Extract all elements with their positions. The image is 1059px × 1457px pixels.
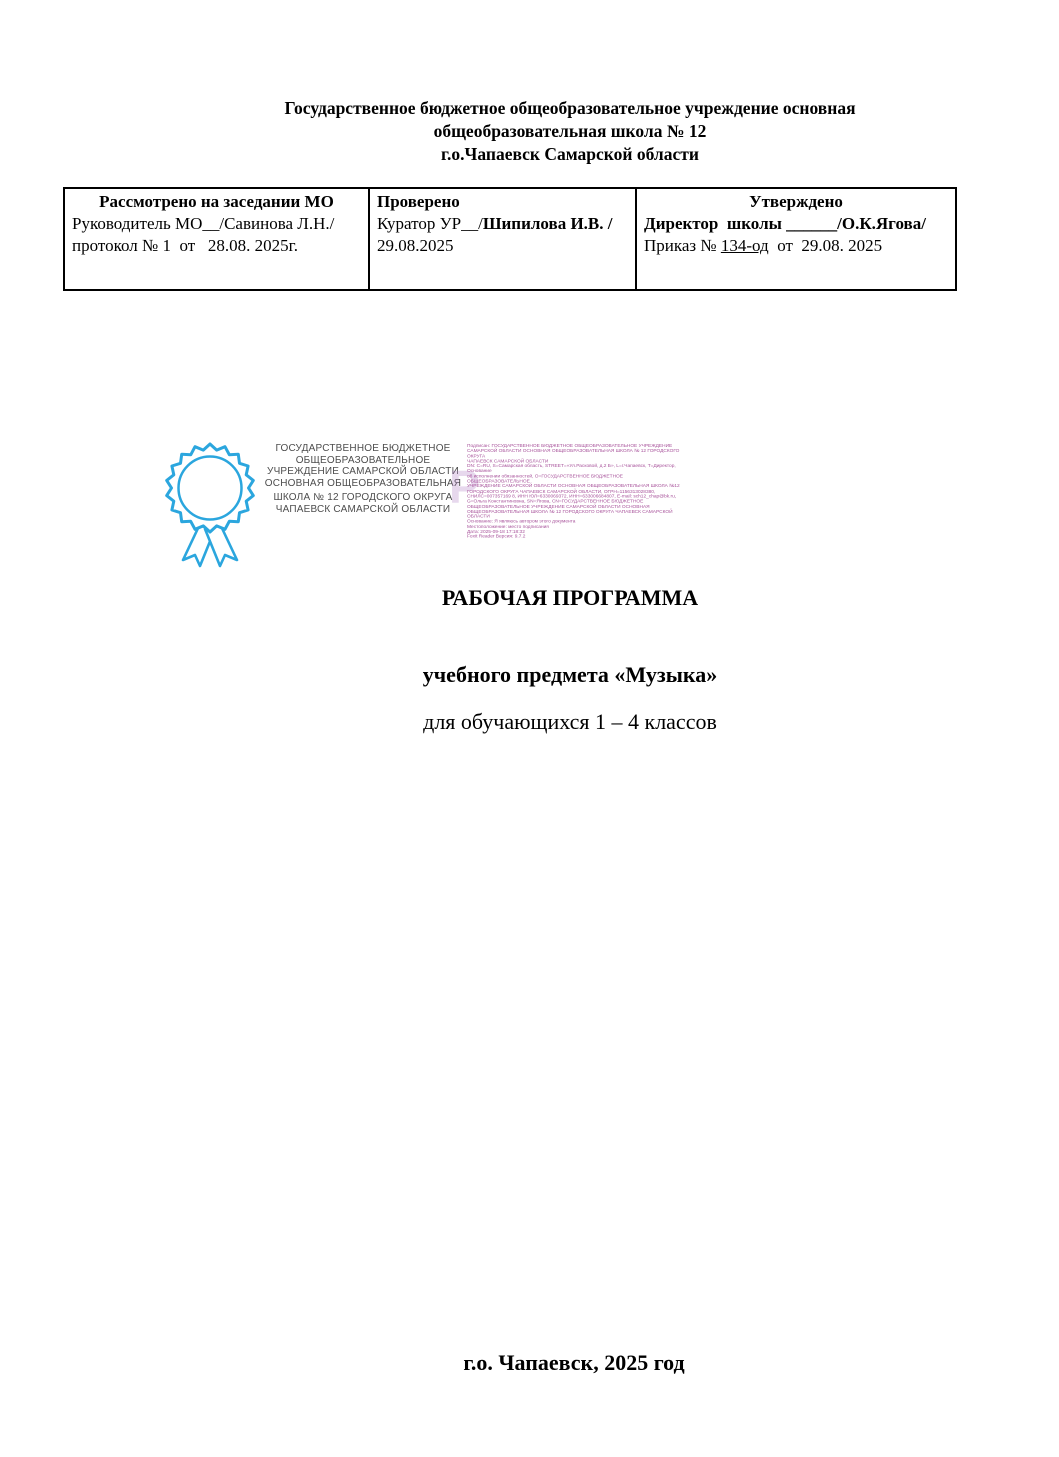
city-year-footer: г.о. Чапаевск, 2025 год (144, 1350, 1004, 1376)
document-page: Государственное бюджетное общеобразовате… (0, 0, 1059, 1457)
text-line: ГОСУДАРСТВЕННОЕ БЮДЖЕТНОЕ (256, 443, 470, 455)
cell-reviewed: Рассмотрено на заседании МО Руководитель… (64, 188, 369, 290)
text-line: Foxit Reader Версия: 9.7.2 (467, 535, 681, 540)
table-row: Рассмотрено на заседании МО Руководитель… (64, 188, 956, 290)
text-line: УЧРЕЖДЕНИЕ САМАРСКОЙ ОБЛАСТИ (256, 466, 470, 478)
reviewed-protocol: протокол № 1 от 28.08. 2025г. (72, 235, 361, 257)
text-line: УЧРЕЖДЕНИЕ САМАРСКОЙ ОБЛАСТИ ОСНОВНАЯ ОБ… (467, 484, 681, 489)
text-line: ОСНОВНАЯ ОБЩЕОБРАЗОВАТЕЛЬНАЯ (256, 478, 470, 490)
reviewed-heading: Рассмотрено на заседании МО (72, 191, 361, 213)
checked-signer: Куратор УР__/Шипилова И.В. / (377, 213, 628, 235)
subject-subtitle: учебного предмета «Музыка» (140, 662, 1000, 688)
approved-heading: Утверждено (644, 191, 948, 213)
approval-table: Рассмотрено на заседании МО Руководитель… (63, 187, 957, 291)
seal-organization-text: ГОСУДАРСТВЕННОЕ БЮДЖЕТНОЕОБЩЕОБРАЗОВАТЕЛ… (256, 443, 470, 515)
approved-order: Приказ № 134-од от 29.08. 2025 (644, 235, 948, 257)
text-line: общеобразовательная школа № 12 (140, 120, 1000, 143)
seal-inner-circle (179, 457, 242, 520)
reviewed-signer: Руководитель МО__/Савинова Л.Н./ (72, 213, 361, 235)
text-line: Государственное бюджетное общеобразовате… (140, 97, 1000, 120)
school-header: Государственное бюджетное общеобразовате… (140, 97, 1000, 166)
text-line: ШКОЛА № 12 ГОРОДСКОГО ОКРУГА (256, 492, 470, 504)
approved-signer: Директор школы ______/О.К.Ягова/ (644, 213, 948, 235)
text-line: ОБЩЕОБРАЗОВАТЕЛЬНАЯ ШКОЛА № 12 ГОРОДСКОГ… (467, 509, 681, 519)
electronic-signature-seal-icon (160, 438, 260, 568)
checked-date: 29.08.2025 (377, 235, 628, 257)
cell-checked: Проверено Куратор УР__/Шипилова И.В. / 2… (369, 188, 636, 290)
signature-certificate-text: Подписан: ГОСУДАРСТВЕННОЕ БЮДЖЕТНОЕ ОБЩЕ… (467, 444, 681, 540)
checked-signer-name: Шипилова И.В. / (483, 214, 613, 233)
cell-approved: Утверждено Директор школы ______/О.К.Яго… (636, 188, 956, 290)
audience-line: для обучающихся 1 – 4 классов (140, 709, 1000, 735)
text-line: DN: C=RU, S=Самарская область, STREET=«У… (467, 464, 681, 474)
approved-order-number: 134-од (721, 236, 769, 255)
checked-signer-prefix: Куратор УР__/ (377, 214, 483, 233)
text-line: ОБЩЕОБРАЗОВАТЕЛЬНОЕ (256, 455, 470, 467)
text-line: г.о.Чапаевск Самарской области (140, 143, 1000, 166)
text-line: САМАРСКОЙ ОБЛАСТИ ОСНОВНАЯ ОБЩЕОБРАЗОВАТ… (467, 449, 681, 459)
checked-heading: Проверено (377, 191, 628, 213)
text-line: об исполнении обязанностей, O=ГОСУДАРСТВ… (467, 474, 681, 484)
approved-order-prefix: Приказ № (644, 236, 721, 255)
text-line: ЧАПАЕВСК САМАРСКОЙ ОБЛАСТИ (256, 504, 470, 516)
document-title: РАБОЧАЯ ПРОГРАММА (140, 585, 1000, 611)
approved-order-date: от 29.08. 2025 (769, 236, 882, 255)
